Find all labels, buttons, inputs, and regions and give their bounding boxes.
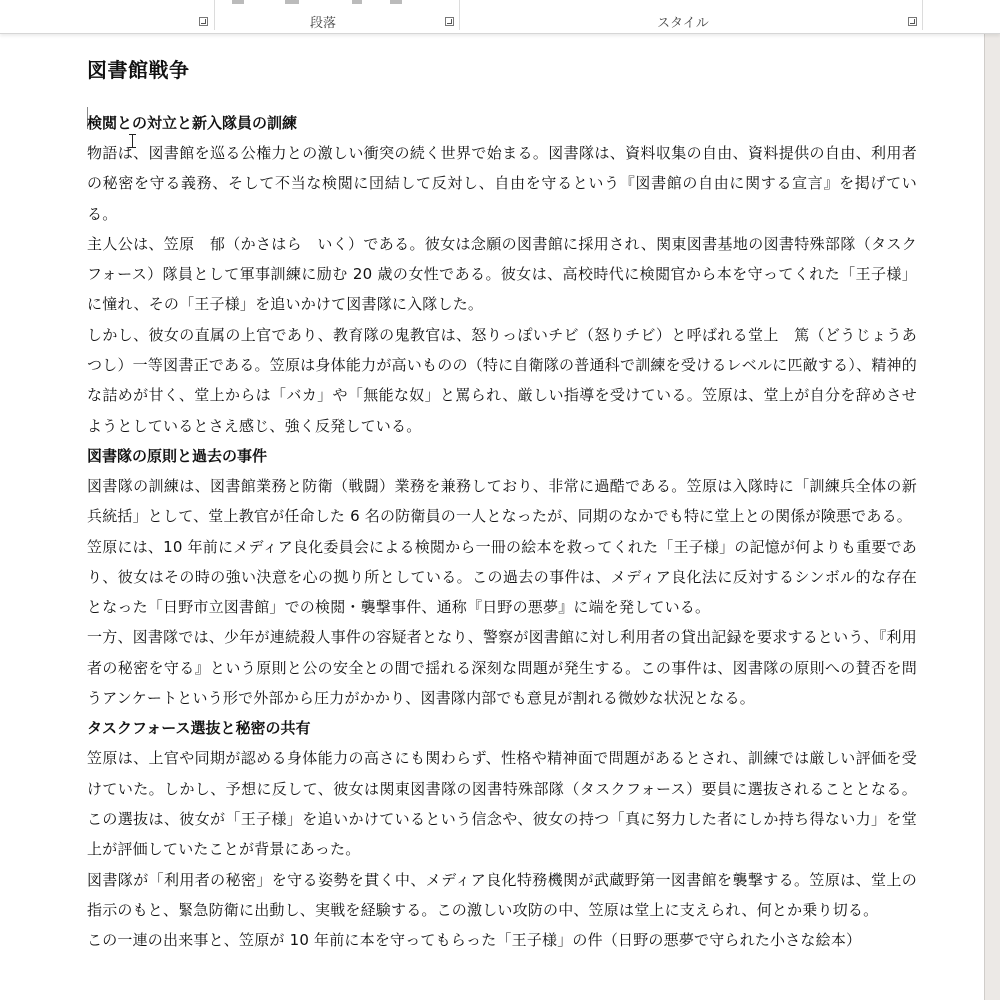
font-dialog-launcher-icon[interactable] [199,17,208,26]
paragraph: 一方、図書隊では、少年が連続殺人事件の容疑者となり、警察が図書館に対し利用者の貸… [87,622,917,713]
section-heading: 検閲との対立と新入隊員の訓練 [87,108,917,138]
paragraph: 笠原は、上官や同期が認める身体能力の高さにも関わらず、性格や精神面で問題があると… [87,743,917,864]
ribbon-separator [459,0,460,30]
paragraph: この一連の出来事と、笠原が 10 年前に本を守ってもらった「王子様」の件（日野の… [87,925,917,955]
document-body[interactable]: 図書館戦争 検閲との対立と新入隊員の訓練 物語は、図書館を巡る公権力との激しい衝… [87,54,917,955]
paragraph: 主人公は、笠原 郁（かさはら いく）である。彼女は念願の図書館に採用され、関東図… [87,229,917,320]
vertical-scrollbar[interactable] [984,34,1000,1000]
group-label-paragraph: 段落 [310,12,336,31]
ribbon-control-stub[interactable] [390,0,402,4]
ribbon-control-stub[interactable] [285,0,299,4]
ribbon-control-stub[interactable] [232,0,244,4]
paragraph-dialog-launcher-icon[interactable] [445,17,454,26]
document-title: 図書館戦争 [87,54,917,86]
section-heading: 図書隊の原則と過去の事件 [87,441,917,471]
paragraph: 笠原には、10 年前にメディア良化委員会による検閲から一冊の絵本を救ってくれた「… [87,532,917,623]
ribbon-control-stub[interactable] [352,0,362,4]
paragraph: 図書隊の訓練は、図書館業務と防衛（戦闘）業務を兼務しており、非常に過酷である。笠… [87,471,917,532]
group-label-styles: スタイル [657,12,709,31]
paragraph: 図書隊が「利用者の秘密」を守る姿勢を貫く中、メディア良化特務機関が武蔵野第一図書… [87,865,917,926]
ribbon: 段落 スタイル [0,0,1000,34]
ribbon-separator [922,0,923,30]
ribbon-separator [214,0,215,30]
styles-dialog-launcher-icon[interactable] [908,17,917,26]
paragraph: しかし、彼女の直属の上官であり、教育隊の鬼教官は、怒りっぽいチビ（怒りチビ）と呼… [87,320,917,441]
section-heading: タスクフォース選抜と秘密の共有 [87,713,917,743]
paragraph: 物語は、図書館を巡る公権力との激しい衝突の続く世界で始まる。図書隊は、資料収集の… [87,138,917,229]
